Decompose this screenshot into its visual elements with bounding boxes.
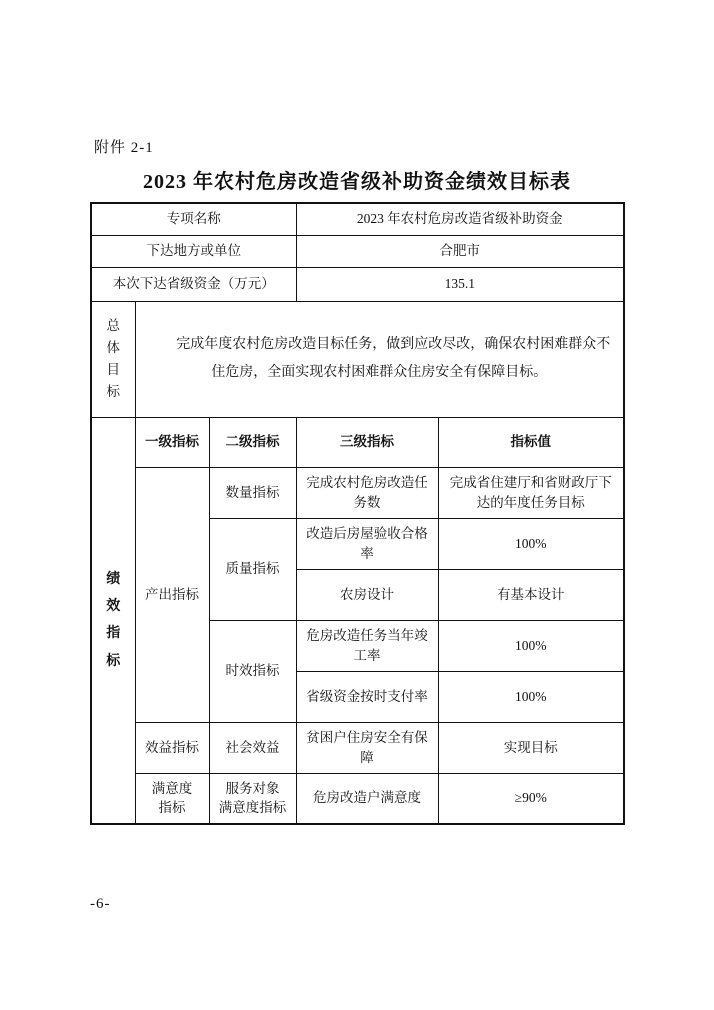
header-level3: 三级指标: [296, 417, 438, 467]
performance-section-label: 绩效指标: [106, 566, 120, 675]
overall-goal-text: 完成年度农村危房改造目标任务，做到应改尽改，确保农村困难群众不住危房，全面实现农…: [142, 331, 618, 387]
timeliness-indicator-label: 时效指标: [209, 620, 296, 722]
attachment-label: 附件 2-1: [94, 136, 154, 157]
header-level2: 二级指标: [209, 417, 296, 467]
document-page: 附件 2-1 2023 年农村危房改造省级补助资金绩效目标表 专项名称 2023…: [0, 0, 714, 1010]
table-row: 总体目标 完成年度农村危房改造目标任务，做到应改尽改，确保农村困难群众不住危房，…: [91, 301, 624, 417]
table-row: 下达地方或单位 合肥市: [91, 235, 624, 267]
table-header-row: 绩效指标 一级指标 二级指标 三级指标 指标值: [91, 417, 624, 467]
header-level1: 一级指标: [135, 417, 209, 467]
indicator-name: 危房改造任务当年竣工率: [296, 620, 438, 671]
performance-target-table: 专项名称 2023 年农村危房改造省级补助资金 下达地方或单位 合肥市 本次下达…: [90, 202, 625, 825]
indicator-name: 完成农村危房改造任务数: [296, 467, 438, 518]
social-benefit-label: 社会效益: [209, 722, 296, 773]
indicator-name: 改造后房屋验收合格率: [296, 518, 438, 569]
project-name-label: 专项名称: [91, 203, 296, 235]
indicator-value: 有基本设计: [438, 569, 624, 620]
indicator-value: 100%: [438, 671, 624, 722]
fund-amount-value: 135.1: [296, 267, 624, 301]
indicator-value: 实现目标: [438, 722, 624, 773]
service-satisfaction-label: 服务对象 满意度指标: [209, 773, 296, 824]
indicator-name: 省级资金按时支付率: [296, 671, 438, 722]
output-indicator-label: 产出指标: [135, 467, 209, 722]
recipient-value: 合肥市: [296, 235, 624, 267]
recipient-label: 下达地方或单位: [91, 235, 296, 267]
page-number: -6-: [90, 896, 111, 913]
table-row: 本次下达省级资金（万元） 135.1: [91, 267, 624, 301]
table-row: 满意度 指标 服务对象 满意度指标 危房改造户满意度 ≥90%: [91, 773, 624, 824]
satisfaction-indicator-label: 满意度 指标: [135, 773, 209, 824]
table-row: 效益指标 社会效益 贫困户住房安全有保障 实现目标: [91, 722, 624, 773]
indicator-name: 贫困户住房安全有保障: [296, 722, 438, 773]
indicator-value: ≥90%: [438, 773, 624, 824]
performance-section-label-cell: 绩效指标: [91, 417, 135, 824]
indicator-name: 危房改造户满意度: [296, 773, 438, 824]
overall-goal-cell: 完成年度农村危房改造目标任务，做到应改尽改，确保农村困难群众不住危房，全面实现农…: [135, 301, 624, 417]
fund-amount-label: 本次下达省级资金（万元）: [91, 267, 296, 301]
header-value: 指标值: [438, 417, 624, 467]
table-row: 产出指标 数量指标 完成农村危房改造任务数 完成省住建厅和省财政厅下达的年度任务…: [91, 467, 624, 518]
table-row: 专项名称 2023 年农村危房改造省级补助资金: [91, 203, 624, 235]
indicator-value: 100%: [438, 518, 624, 569]
project-name-value: 2023 年农村危房改造省级补助资金: [296, 203, 624, 235]
quality-indicator-label: 质量指标: [209, 518, 296, 620]
indicator-value: 完成省住建厅和省财政厅下达的年度任务目标: [438, 467, 624, 518]
page-title: 2023 年农村危房改造省级补助资金绩效目标表: [0, 165, 714, 194]
overall-goal-label: 总体目标: [107, 315, 121, 402]
quantity-indicator-label: 数量指标: [209, 467, 296, 518]
benefit-indicator-label: 效益指标: [135, 722, 209, 773]
overall-goal-label-cell: 总体目标: [91, 301, 135, 417]
indicator-value: 100%: [438, 620, 624, 671]
indicator-name: 农房设计: [296, 569, 438, 620]
